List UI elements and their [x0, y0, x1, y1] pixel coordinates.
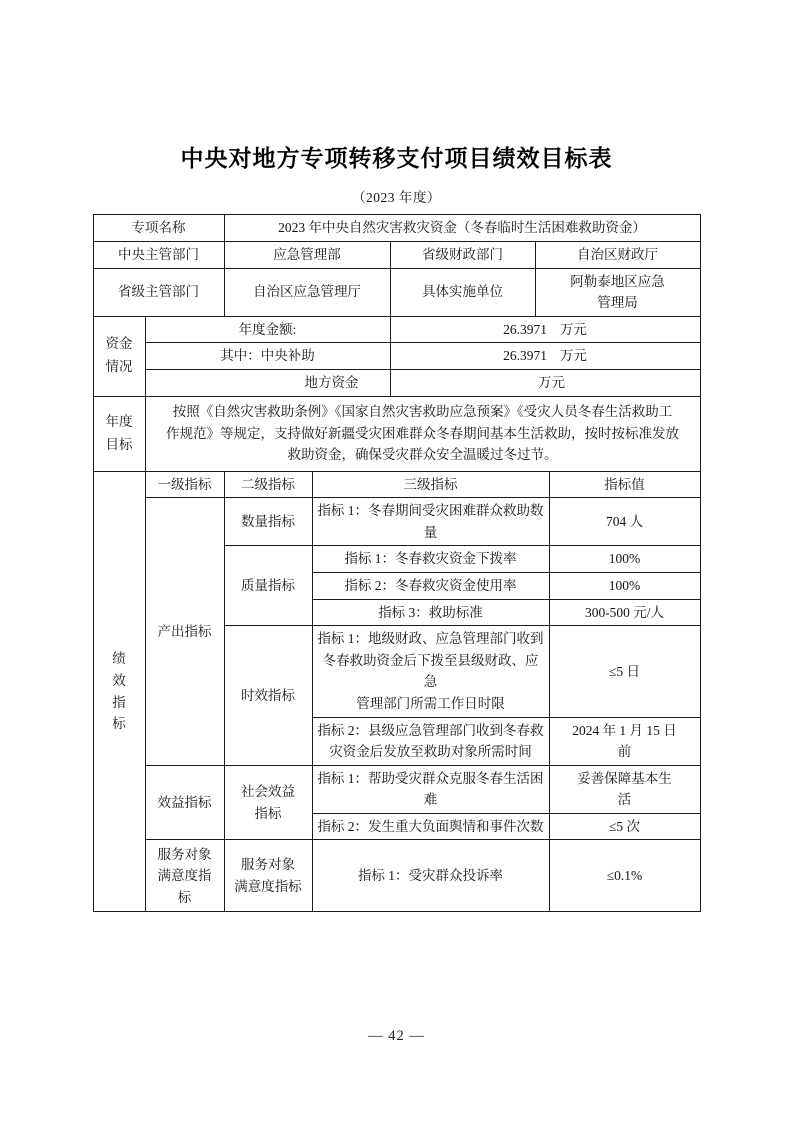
indicator-value-cell: 妥善保障基本生 活 [549, 765, 700, 813]
implementing-unit-cell: 阿勒泰地区应急 管理局 [535, 268, 700, 316]
indicator-value-cell: 100% [549, 546, 700, 573]
indicator-name-cell: 指标 1：帮助受灾群众克服冬春生活困 难 [312, 765, 549, 813]
indicator-row: 效益指标 社会效益 指标 指标 1：帮助受灾群众克服冬春生活困 难 妥善保障基本… [93, 765, 700, 813]
provincial-dept-cell: 自治区应急管理厅 [224, 268, 390, 316]
fund-row: 地方资金 万元 [93, 369, 700, 396]
fund-unit: 万元 [538, 372, 565, 394]
fund-label-cell: 其中：中央补助 [145, 343, 390, 370]
provincial-finance-label-cell: 省级财政部门 [390, 241, 535, 268]
indicator-row: 服务对象 满意度指 标 服务对象 满意度指标 指标 1：受灾群众投诉率 ≤0.1… [93, 840, 700, 912]
fund-amount: 26.3971 [503, 348, 547, 363]
annual-goal-row: 年度 目标 按照《自然灾害救助条例》《国家自然灾害救助应急预案》《受灾人员冬春生… [93, 396, 700, 471]
annual-goal-text-cell: 按照《自然灾害救助条例》《国家自然灾害救助应急预案》《受灾人员冬春生活救助工 作… [145, 396, 700, 471]
provincial-finance-cell: 自治区财政厅 [535, 241, 700, 268]
page-subtitle: （2023 年度） [0, 186, 793, 206]
fund-unit: 万元 [560, 345, 587, 367]
indicator-name-cell: 指标 1：冬春期间受灾困难群众救助数 量 [312, 498, 549, 546]
indicator-header-row: 绩 效 指 标 一级指标 二级指标 三级指标 指标值 [93, 471, 700, 498]
provincial-dept-row: 省级主管部门 自治区应急管理厅 具体实施单位 阿勒泰地区应急 管理局 [93, 268, 700, 316]
page-number: — 42 — [0, 1028, 793, 1045]
level2-cell: 数量指标 [224, 498, 312, 546]
indicator-name-cell: 指标 1：地级财政、应急管理部门收到 冬春救助资金后下拨至县级财政、应急 管理部… [312, 626, 549, 717]
level2-cell: 社会效益 指标 [224, 765, 312, 840]
fund-label-cell: 年度金额: [145, 316, 390, 343]
performance-section-label-cell: 绩 效 指 标 [93, 471, 145, 912]
document-page: 中央对地方专项转移支付项目绩效目标表 （2023 年度） 专项名称 2023 年… [0, 0, 793, 1122]
central-dept-row: 中央主管部门 应急管理部 省级财政部门 自治区财政厅 [93, 241, 700, 268]
indicator-row: 产出指标 数量指标 指标 1：冬春期间受灾困难群众救助数 量 704 人 [93, 498, 700, 546]
fund-value-cell: 26.3971万元 [390, 343, 700, 370]
central-dept-label-cell: 中央主管部门 [93, 241, 224, 268]
performance-target-table: 专项名称 2023 年中央自然灾害救灾资金（冬春临时生活困难救助资金） 中央主管… [93, 214, 701, 913]
level2-cell: 质量指标 [224, 546, 312, 626]
implementing-unit-label-cell: 具体实施单位 [390, 268, 535, 316]
fund-value-cell: 26.3971万元 [390, 316, 700, 343]
annual-goal-label-cell: 年度 目标 [93, 396, 145, 471]
indicator-header-level1-cell: 一级指标 [145, 471, 224, 498]
project-name-cell: 2023 年中央自然灾害救灾资金（冬春临时生活困难救助资金） [224, 214, 700, 241]
indicator-value-cell: 300-500 元/人 [549, 599, 700, 626]
indicator-value-cell: 100% [549, 572, 700, 599]
indicator-value-cell: 704 人 [549, 498, 700, 546]
indicator-name-cell: 指标 2：发生重大负面舆情和事件次数 [312, 813, 549, 840]
fund-amount: 26.3971 [503, 322, 547, 337]
project-name-row: 专项名称 2023 年中央自然灾害救灾资金（冬春临时生活困难救助资金） [93, 214, 700, 241]
indicator-name-cell: 指标 3：救助标准 [312, 599, 549, 626]
level2-cell: 服务对象 满意度指标 [224, 840, 312, 912]
fund-label-cell: 地方资金 [145, 369, 390, 396]
indicator-header-value-cell: 指标值 [549, 471, 700, 498]
indicator-value-cell: ≤5 次 [549, 813, 700, 840]
level1-cell: 产出指标 [145, 498, 224, 766]
central-dept-cell: 应急管理部 [224, 241, 390, 268]
level2-cell: 时效指标 [224, 626, 312, 766]
level1-cell: 服务对象 满意度指 标 [145, 840, 224, 912]
indicator-header-level2-cell: 二级指标 [224, 471, 312, 498]
indicator-name-cell: 指标 2：县级应急管理部门收到冬春救 灾资金后发放至救助对象所需时间 [312, 717, 549, 765]
indicator-header-level3-cell: 三级指标 [312, 471, 549, 498]
indicator-name-cell: 指标 2：冬春救灾资金使用率 [312, 572, 549, 599]
indicator-value-cell: ≤0.1% [549, 840, 700, 912]
page-title: 中央对地方专项转移支付项目绩效目标表 [0, 145, 793, 173]
fund-unit: 万元 [560, 319, 587, 341]
indicator-value-cell: 2024 年 1 月 15 日 前 [549, 717, 700, 765]
indicator-value-cell: ≤5 日 [549, 626, 700, 717]
indicator-name-cell: 指标 1：冬春救灾资金下拨率 [312, 546, 549, 573]
indicator-name-cell: 指标 1：受灾群众投诉率 [312, 840, 549, 912]
provincial-dept-label-cell: 省级主管部门 [93, 268, 224, 316]
level1-cell: 效益指标 [145, 765, 224, 840]
fund-row: 其中：中央补助 26.3971万元 [93, 343, 700, 370]
fund-row: 资金 情况 年度金额: 26.3971万元 [93, 316, 700, 343]
funds-section-label-cell: 资金 情况 [93, 316, 145, 396]
project-name-label-cell: 专项名称 [93, 214, 224, 241]
fund-value-cell: 万元 [390, 369, 700, 396]
